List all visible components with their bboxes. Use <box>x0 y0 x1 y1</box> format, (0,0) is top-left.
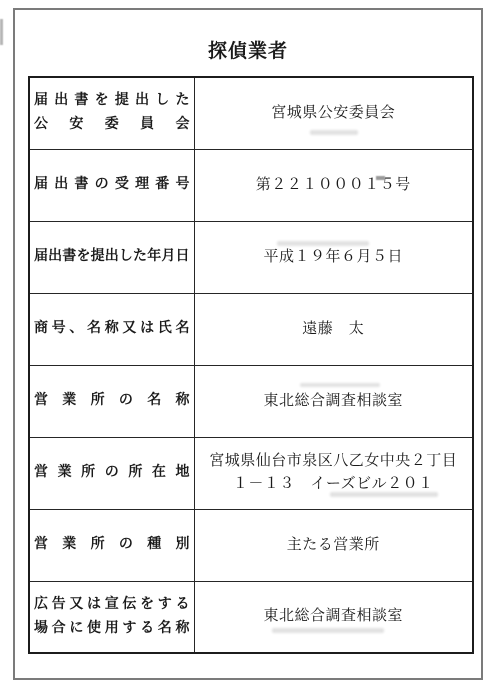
scan-artifact <box>277 241 369 246</box>
scan-artifact <box>272 628 384 633</box>
row-value-line: 遠藤 太 <box>199 318 469 341</box>
row-label: 営業所の所在地 <box>29 437 194 509</box>
registry-table: 届出書を提出した 公安委員会 宮城県公安委員会 届出書の受理番号 第２２１０００… <box>28 76 474 654</box>
row-label: 営業所の名称 <box>29 365 194 437</box>
row-value-line: 宮城県仙台市泉区八乙女中央２丁目 <box>199 450 469 473</box>
table-row: 広告又は宣伝をする 場合に使用する名称 東北総合調査相談室 <box>29 581 473 653</box>
scan-artifact <box>376 176 385 180</box>
row-value-line: 主たる営業所 <box>199 534 469 557</box>
scan-artifact <box>0 19 3 45</box>
row-value: 宮城県仙台市泉区八乙女中央２丁目 １－１３ イーズビル２０１ <box>194 437 473 509</box>
row-value: 平成１９年６月５日 <box>194 221 473 293</box>
table-row: 営業所の所在地 宮城県仙台市泉区八乙女中央２丁目 １－１３ イーズビル２０１ <box>29 437 473 509</box>
row-label-line: 届出書を提出した年月日 <box>34 245 190 269</box>
scan-artifact <box>330 492 438 497</box>
row-value: 東北総合調査相談室 <box>194 365 473 437</box>
table-row: 届出書を提出した年月日 平成１９年６月５日 <box>29 221 473 293</box>
row-value: 遠藤 太 <box>194 293 473 365</box>
row-label-line: 届出書の受理番号 <box>34 173 190 197</box>
scan-artifact <box>310 130 358 135</box>
row-label-line: 届出書を提出した <box>34 89 190 113</box>
row-value-line: 平成１９年６月５日 <box>199 246 469 269</box>
table-row: 届出書の受理番号 第２２１０００１５号 <box>29 149 473 221</box>
row-value-line: 東北総合調査相談室 <box>199 605 469 628</box>
row-label-line: 公安委員会 <box>34 113 190 137</box>
row-value: 第２２１０００１５号 <box>194 149 473 221</box>
row-label: 営業所の種別 <box>29 509 194 581</box>
row-label-line: 場合に使用する名称 <box>34 617 190 641</box>
row-label: 広告又は宣伝をする 場合に使用する名称 <box>29 581 194 653</box>
row-label: 届出書を提出した 公安委員会 <box>29 77 194 149</box>
document-frame: 探偵業者 届出書を提出した 公安委員会 宮城県公安委員会 届出書の受理番号 <box>13 8 483 680</box>
row-value-line: 第２２１０００１５号 <box>199 174 469 197</box>
row-label-line: 営業所の種別 <box>34 533 190 557</box>
document-title: 探偵業者 <box>15 40 481 64</box>
row-value: 東北総合調査相談室 <box>194 581 473 653</box>
table-row: 営業所の名称 東北総合調査相談室 <box>29 365 473 437</box>
row-label: 届出書を提出した年月日 <box>29 221 194 293</box>
table-row: 商号、名称又は氏名 遠藤 太 <box>29 293 473 365</box>
row-label: 商号、名称又は氏名 <box>29 293 194 365</box>
row-label: 届出書の受理番号 <box>29 149 194 221</box>
table-row: 営業所の種別 主たる営業所 <box>29 509 473 581</box>
row-label-line: 営業所の所在地 <box>34 461 190 485</box>
row-value-line: 宮城県公安委員会 <box>199 102 469 125</box>
row-value: 宮城県公安委員会 <box>194 77 473 149</box>
row-value-line: 東北総合調査相談室 <box>199 390 469 413</box>
row-label-line: 広告又は宣伝をする <box>34 593 190 617</box>
row-label-line: 営業所の名称 <box>34 389 190 413</box>
scan-artifact <box>300 383 380 387</box>
table-row: 届出書を提出した 公安委員会 宮城県公安委員会 <box>29 77 473 149</box>
row-label-line: 商号、名称又は氏名 <box>34 317 190 341</box>
row-value: 主たる営業所 <box>194 509 473 581</box>
